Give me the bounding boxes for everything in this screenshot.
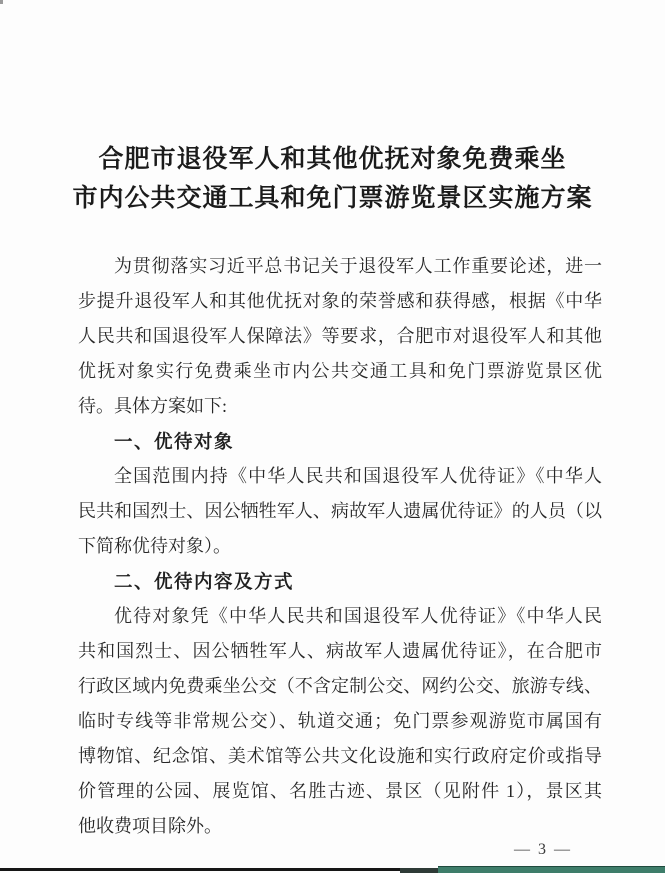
intro-line: 为贯彻落实习近平总书记关于退役军人工作重要论述，进一 [78, 249, 602, 284]
section-1-line: 下简称优待对象）。 [78, 529, 602, 564]
section-1-line: 全国范围内持《中华人民共和国退役军人优待证》《中华人 [78, 459, 602, 494]
document-body: 为贯彻落实习近平总书记关于退役军人工作重要论述，进一 步提升退役军人和其他优抚对… [78, 249, 602, 844]
scanned-document-page: 合肥市退役军人和其他优抚对象免费乘坐 市内公共交通工具和免门票游览景区实施方案 … [0, 0, 665, 873]
page-number: — 3 — [514, 841, 572, 859]
section-2-line: 临时专线等非常规公交）、轨道交通；免门票参观游览市属国有 [78, 704, 602, 739]
section-2-line: 博物馆、纪念馆、美术馆等公共文化设施和实行政府定价或指导 [78, 739, 602, 774]
document-title: 合肥市退役军人和其他优抚对象免费乘坐 市内公共交通工具和免门票游览景区实施方案 [0, 140, 665, 218]
section-1-heading: 一、优待对象 [78, 424, 602, 459]
scan-bottom-edge-dark [0, 868, 440, 871]
section-2-line: 优待对象凭《中华人民共和国退役军人优待证》《中华人民 [78, 599, 602, 634]
section-2-line: 行政区域内免费乘坐公交（不含定制公交、网约公交、旅游专线、 [78, 669, 602, 704]
section-2-line: 价管理的公园、展览馆、名胜古迹、景区（见附件 1），景区其 [78, 774, 602, 809]
document-title-line-2: 市内公共交通工具和免门票游览景区实施方案 [0, 179, 665, 218]
section-2-heading: 二、优待内容及方式 [78, 564, 602, 599]
document-title-line-1: 合肥市退役军人和其他优抚对象免费乘坐 [0, 140, 665, 179]
scan-corner-artifact [0, 0, 3, 4]
section-2-line: 他收费项目除外。 [78, 809, 602, 844]
intro-line: 待。具体方案如下: [78, 389, 602, 424]
intro-line: 优抚对象实行免费乘坐市内公共交通工具和免门票游览景区优 [78, 354, 602, 389]
section-1-line: 民共和国烈士、因公牺牲军人、病故军人遗属优待证》的人员（以 [78, 494, 602, 529]
intro-line: 人民共和国退役军人保障法》等要求，合肥市对退役军人和其他 [78, 319, 602, 354]
intro-line: 步提升退役军人和其他优抚对象的荣誉感和获得感，根据《中华 [78, 284, 602, 319]
section-2-line: 共和国烈士、因公牺牲军人、病故军人遗属优待证》，在合肥市 [78, 634, 602, 669]
scan-bottom-edge-teal [438, 866, 665, 873]
scan-bottom-edge-mid [400, 868, 440, 873]
